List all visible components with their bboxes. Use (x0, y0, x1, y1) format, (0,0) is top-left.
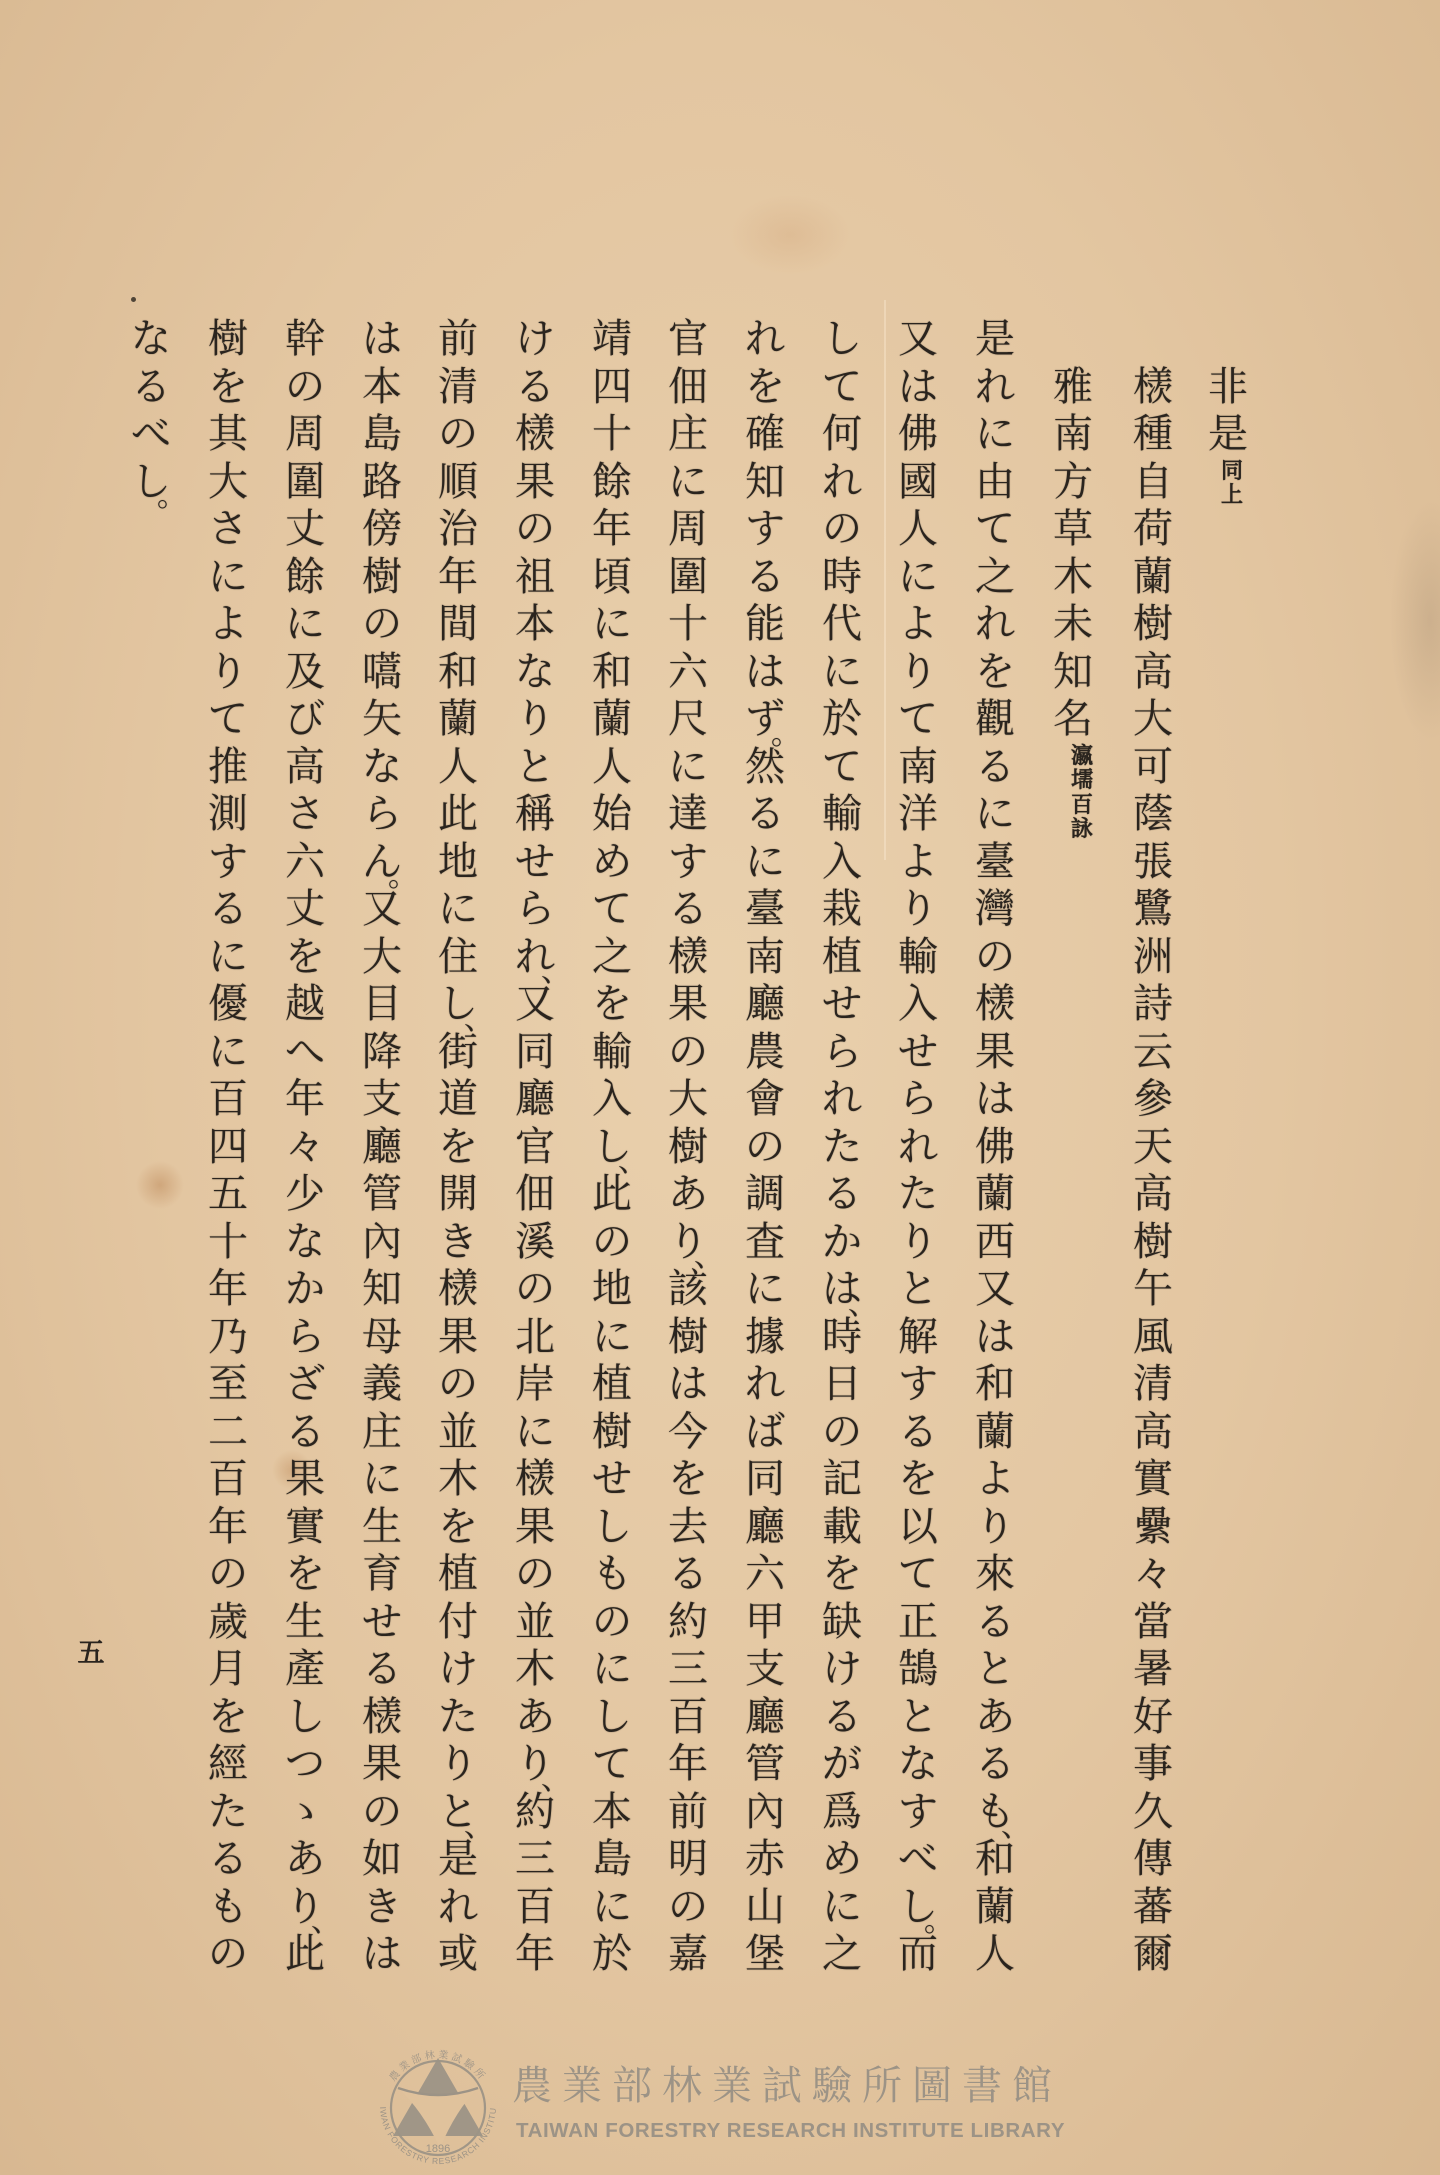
character: 植 (434, 1551, 482, 1599)
punctuation-mark: 、 (464, 1005, 488, 1035)
character: 張 (1129, 839, 1177, 887)
character: 荷 (1129, 506, 1177, 554)
character: る (204, 1836, 252, 1884)
character: 傳 (1129, 1836, 1177, 1884)
character: せ (818, 981, 866, 1029)
character: 蔭 (1129, 791, 1177, 839)
character: 檨 (358, 1694, 406, 1742)
punctuation-mark: 。 (157, 482, 181, 512)
character: 之 (588, 934, 636, 982)
character: 洋 (894, 791, 942, 839)
character: 道 (434, 1076, 482, 1124)
character: 蘭 (971, 1171, 1019, 1219)
character: 天 (1129, 1124, 1177, 1172)
character: 大 (664, 1076, 712, 1124)
character: 北 (511, 1314, 559, 1362)
character: 大 (358, 934, 406, 982)
character: と (894, 1694, 942, 1742)
character: 會 (741, 1076, 789, 1124)
character: 庄 (664, 411, 712, 459)
character: 知 (358, 1266, 406, 1314)
character: 前 (434, 316, 482, 364)
character: 果 (511, 459, 559, 507)
column-text: 非是 (1204, 364, 1252, 459)
punctuation-mark: 、 (694, 1242, 718, 1272)
character: 和 (588, 649, 636, 697)
character: 今 (664, 1409, 712, 1457)
text-column-7: れを確知する能はず。然るに臺南廳農會の調査に據れば同廳六甲支廳管內赤山堡 (741, 316, 789, 1979)
character: 餘 (281, 554, 329, 602)
character: 蘭 (1129, 554, 1177, 602)
character: て (588, 886, 636, 934)
character: て (894, 1551, 942, 1599)
character: 年 (511, 1931, 559, 1979)
character: 載 (818, 1504, 866, 1552)
character: 高 (1129, 649, 1177, 697)
character: と (894, 1266, 942, 1314)
character: 入 (588, 1076, 636, 1124)
character: 木 (1049, 554, 1097, 602)
character: 確 (741, 411, 789, 459)
page-number: 五 (76, 1638, 106, 1670)
character: す (894, 1789, 942, 1837)
character: び (281, 696, 329, 744)
character: 本 (358, 364, 406, 412)
text-column-3: 雅南方草木未知名 瀛壖百詠 (1049, 364, 1097, 842)
text-column-5: 又は佛國人によりて南洋より輸入せられたりと解するを以て正鵠となすべし。而 (894, 316, 942, 1979)
column-text: なるべし。 (127, 316, 175, 506)
character: 由 (971, 459, 1019, 507)
character: 高 (1129, 1409, 1177, 1457)
character: 清 (1129, 1361, 1177, 1409)
character: き (358, 1884, 406, 1932)
character: 名 (1049, 696, 1097, 744)
character: か (818, 1219, 866, 1267)
character: 年 (204, 1504, 252, 1552)
character: を (818, 1551, 866, 1599)
character: 六 (664, 649, 712, 697)
character: を (588, 981, 636, 1029)
character: 人 (588, 744, 636, 792)
character: ら (818, 1029, 866, 1077)
character: る (818, 1694, 866, 1742)
character: 時 (818, 554, 866, 602)
character: 高 (1129, 1171, 1177, 1219)
character: き (434, 1219, 482, 1267)
character: 目 (358, 981, 406, 1029)
character: 農 (741, 1029, 789, 1077)
character: 鵠 (894, 1646, 942, 1694)
character: し (588, 1694, 636, 1742)
character: ゝ (281, 1789, 329, 1837)
character: べ (894, 1836, 942, 1884)
character: り (434, 1741, 482, 1789)
character: に (358, 1456, 406, 1504)
column-text: 又は佛國人によりて南洋より輸入せられたりと解するを以て正鵠となすべし。而 (894, 316, 942, 1979)
character: は (894, 364, 942, 412)
character: に (664, 744, 712, 792)
character: も (588, 1551, 636, 1599)
character: 非 (1204, 364, 1252, 412)
character: し (588, 1504, 636, 1552)
character: 蘭 (588, 696, 636, 744)
character: 清 (434, 364, 482, 412)
character: 島 (588, 1836, 636, 1884)
text-column-12: は本島路傍樹の嚆矢ならん。又大目降支廳管內知母義庄に生育せる檨果の如きは (358, 316, 406, 1979)
column-text: 檨種自荷蘭樹高大可蔭張鷺洲詩云參天高樹午風清高實纍々當暑好事久傳蕃爾 (1129, 364, 1177, 1979)
character: に (204, 554, 252, 602)
column-text: 是れに由て之れを觀るに臺灣の檨果は佛蘭西又は和蘭より來るとあるも、和蘭人 (971, 316, 1019, 1979)
character: 官 (664, 316, 712, 364)
character: 年 (664, 1741, 712, 1789)
character: 圍 (281, 459, 329, 507)
character: な (281, 1219, 329, 1267)
character: 日 (818, 1361, 866, 1409)
annotation-character: 上 (1208, 483, 1256, 508)
punctuation-mark: 、 (541, 957, 565, 987)
character: を (281, 934, 329, 982)
character: 來 (971, 1551, 1019, 1599)
character: 丈 (281, 506, 329, 554)
character: の (741, 1124, 789, 1172)
character: 山 (741, 1884, 789, 1932)
text-column-6: して何れの時代に於て輸入栽植せられたるかは、時日の記載を缺けるが爲めに之 (818, 316, 866, 1979)
character: を (971, 649, 1019, 697)
character: る (127, 364, 175, 412)
character: る (664, 1551, 712, 1599)
character: に (588, 1884, 636, 1932)
character: に (818, 1884, 866, 1932)
character: た (434, 1694, 482, 1742)
text-column-11: 前清の順治年間和蘭人此地に住し、街道を開き檨果の並木を植付けたりと、是れ或 (434, 316, 482, 1979)
character: 頃 (588, 554, 636, 602)
character: 至 (204, 1361, 252, 1409)
character: 周 (281, 411, 329, 459)
character: の (664, 1884, 712, 1932)
character: 詩 (1129, 981, 1177, 1029)
punctuation-mark: 。 (924, 1907, 948, 1937)
character: 丈 (281, 886, 329, 934)
character: 調 (741, 1171, 789, 1219)
character: 樹 (358, 554, 406, 602)
character: を (741, 364, 789, 412)
character: 本 (588, 1789, 636, 1837)
annotation-character: 同 (1208, 459, 1256, 484)
character: 越 (281, 981, 329, 1029)
character: 檨 (1129, 364, 1177, 412)
character: は (741, 649, 789, 697)
character: の (818, 506, 866, 554)
character: り (894, 886, 942, 934)
character: 臺 (971, 839, 1019, 887)
character: 大 (1129, 696, 1177, 744)
character: 事 (1129, 1741, 1177, 1789)
character: 和 (971, 1361, 1019, 1409)
character: し (281, 1694, 329, 1742)
character: 廳 (511, 1076, 559, 1124)
character: 實 (1129, 1456, 1177, 1504)
punctuation-mark: 。 (771, 720, 795, 750)
character: つ (281, 1741, 329, 1789)
character: は (358, 1931, 406, 1979)
punctuation-mark: 、 (1001, 1812, 1025, 1842)
character: を (204, 364, 252, 412)
character: に (588, 1314, 636, 1362)
character: の (511, 1266, 559, 1314)
column-text: 前清の順治年間和蘭人此地に住し、街道を開き檨果の並木を植付けたりと、是れ或 (434, 316, 482, 1979)
character: 和 (434, 649, 482, 697)
character: 輸 (818, 791, 866, 839)
character: 乃 (204, 1314, 252, 1362)
character: 廳 (741, 1504, 789, 1552)
character: 管 (358, 1171, 406, 1219)
character: 樹 (664, 1314, 712, 1362)
character: 檨 (434, 1266, 482, 1314)
character: 南 (894, 744, 942, 792)
character: 果 (971, 1029, 1019, 1077)
character: 經 (204, 1741, 252, 1789)
character: 樹 (588, 1409, 636, 1457)
character: 前 (664, 1789, 712, 1837)
text-column-1: 非是 同上 (1204, 364, 1252, 508)
character: に (204, 1029, 252, 1077)
character: れ (818, 459, 866, 507)
character: 據 (741, 1314, 789, 1362)
character: る (971, 744, 1019, 792)
annotation-character: 壖 (1058, 768, 1106, 793)
character: よ (971, 1456, 1019, 1504)
character: さ (204, 506, 252, 554)
character: 尺 (664, 696, 712, 744)
character: た (818, 1124, 866, 1172)
character: め (588, 839, 636, 887)
character: 溪 (511, 1219, 559, 1267)
character: 年 (204, 1266, 252, 1314)
character: 能 (741, 601, 789, 649)
punctuation-mark: 。 (388, 862, 412, 892)
character: 入 (894, 981, 942, 1029)
ink-dot (131, 297, 136, 302)
character: れ (971, 601, 1019, 649)
character: る (358, 1646, 406, 1694)
character: 降 (358, 1029, 406, 1077)
character: に (971, 791, 1019, 839)
character: 又 (894, 316, 942, 364)
character: 堡 (741, 1931, 789, 1979)
character: よ (894, 601, 942, 649)
character: て (204, 696, 252, 744)
character: を (204, 1694, 252, 1742)
character: れ (434, 1884, 482, 1932)
source-annotation: 瀛壖百詠 (1058, 744, 1097, 842)
character: 鷺 (1129, 886, 1177, 934)
character: 祖 (511, 554, 559, 602)
character: 同 (741, 1456, 789, 1504)
character: 或 (434, 1931, 482, 1979)
character: 地 (588, 1266, 636, 1314)
character: 間 (434, 601, 482, 649)
character: す (894, 1361, 942, 1409)
character: 南 (741, 934, 789, 982)
character: 佃 (664, 364, 712, 412)
punctuation-mark: 、 (848, 1290, 872, 1320)
character: せ (894, 1029, 942, 1077)
character: 生 (358, 1504, 406, 1552)
character: 自 (1129, 459, 1177, 507)
character: 十 (664, 601, 712, 649)
character: は (971, 1314, 1019, 1362)
character: け (511, 316, 559, 364)
character: ば (741, 1409, 789, 1457)
character: 當 (1129, 1599, 1177, 1647)
character: べ (127, 411, 175, 459)
character: 其 (204, 411, 252, 459)
character: 三 (511, 1836, 559, 1884)
character: 木 (434, 1456, 482, 1504)
character: 地 (434, 839, 482, 887)
character: を (664, 1456, 712, 1504)
character: 傍 (358, 506, 406, 554)
character: 果 (358, 1741, 406, 1789)
character: を (894, 1456, 942, 1504)
character: 査 (741, 1219, 789, 1267)
character: る (818, 1171, 866, 1219)
character: 々 (1129, 1551, 1177, 1599)
character: 此 (434, 791, 482, 839)
character: の (281, 364, 329, 412)
character: 是 (1204, 411, 1252, 459)
character: 實 (281, 1504, 329, 1552)
character: は (358, 316, 406, 364)
character: の (664, 1029, 712, 1077)
character: 人 (434, 744, 482, 792)
character: 少 (281, 1171, 329, 1219)
character: よ (204, 601, 252, 649)
character: に (971, 411, 1019, 459)
character: ら (894, 1076, 942, 1124)
character: 風 (1129, 1314, 1177, 1362)
character: 義 (358, 1361, 406, 1409)
character: 年 (434, 554, 482, 602)
character: 嘉 (664, 1931, 712, 1979)
character: あ (971, 1694, 1019, 1742)
text-column-15: なるべし。 (127, 316, 175, 506)
text-column-14: 樹を其大さによりて推測するに優に百四五十年乃至二百年の歲月を經たるもの (204, 316, 252, 1979)
character: り (971, 1504, 1019, 1552)
character: 廳 (741, 981, 789, 1029)
character: 矢 (358, 696, 406, 744)
punctuation-mark: 、 (311, 1907, 335, 1937)
character: け (434, 1646, 482, 1694)
character: 可 (1129, 744, 1177, 792)
character: に (511, 1409, 559, 1457)
character: 方 (1049, 459, 1097, 507)
book-page: 非是 同上 檨種自荷蘭樹高大可蔭張鷺洲詩云參天高樹午風清高實纍々當暑好事久傳蕃爾… (0, 0, 1440, 2175)
column-text: 樹を其大さによりて推測するに優に百四五十年乃至二百年の歲月を經たるもの (204, 316, 252, 1979)
paper-fold-line (884, 300, 886, 860)
character: 佃 (511, 1171, 559, 1219)
annotation-character: 詠 (1058, 817, 1106, 842)
character: と (971, 1646, 1019, 1694)
character: 佛 (894, 411, 942, 459)
character: 測 (204, 791, 252, 839)
character: す (204, 839, 252, 887)
character: 記 (818, 1456, 866, 1504)
library-name-chinese: 農業部林業試驗所圖書館 (512, 2062, 1062, 2110)
character: 順 (434, 459, 482, 507)
character: な (358, 744, 406, 792)
character: 六 (741, 1551, 789, 1599)
character: 靖 (588, 316, 636, 364)
character: を (281, 1551, 329, 1599)
character: 赤 (741, 1836, 789, 1884)
character: 人 (971, 1931, 1019, 1979)
character: 去 (664, 1504, 712, 1552)
character: る (741, 791, 789, 839)
character: る (664, 886, 712, 934)
character: り (511, 696, 559, 744)
character: 灣 (971, 886, 1019, 934)
column-text: は本島路傍樹の嚆矢ならん。又大目降支廳管內知母義庄に生育せる檨果の如きは (358, 316, 406, 1979)
character: 檨 (664, 934, 712, 982)
character: て (588, 1741, 636, 1789)
character: 觀 (971, 696, 1019, 744)
character: 官 (511, 1124, 559, 1172)
seal-year: 1896 (426, 2143, 450, 2155)
character: 餘 (588, 459, 636, 507)
character: 爲 (818, 1789, 866, 1837)
text-column-8: 官佃庄に周圍十六尺に達する檨果の大樹あり、該樹は今を去る約三百年前明の嘉 (664, 316, 712, 1979)
character: 並 (511, 1599, 559, 1647)
character: 十 (588, 411, 636, 459)
character: の (358, 1789, 406, 1837)
character: 輸 (894, 934, 942, 982)
character: 々 (281, 1124, 329, 1172)
character: 開 (434, 1171, 482, 1219)
character: 缺 (818, 1599, 866, 1647)
character: り (894, 649, 942, 697)
character: あ (511, 1694, 559, 1742)
character: 年 (588, 506, 636, 554)
annotation-character: 百 (1058, 793, 1106, 818)
character: せ (588, 1456, 636, 1504)
character: か (281, 1266, 329, 1314)
character: る (281, 1409, 329, 1457)
character: 百 (204, 1076, 252, 1124)
character: 嚆 (358, 649, 406, 697)
character: 南 (1049, 411, 1097, 459)
character: 久 (1129, 1789, 1177, 1837)
character: 產 (281, 1646, 329, 1694)
character: が (818, 1741, 866, 1789)
character: 高 (281, 744, 329, 792)
library-name-english: TAIWAN FORESTRY RESEARCH INSTITUTE LIBRA… (516, 2118, 1065, 2144)
character: に (741, 839, 789, 887)
character: る (971, 1741, 1019, 1789)
punctuation-mark: 、 (541, 1765, 565, 1795)
character: り (894, 1219, 942, 1267)
character: 六 (281, 839, 329, 887)
character: 推 (204, 744, 252, 792)
character: 之 (818, 1931, 866, 1979)
character: 付 (434, 1599, 482, 1647)
character: 蘭 (971, 1884, 1019, 1932)
character: 本 (511, 601, 559, 649)
character: 未 (1049, 601, 1097, 649)
column-text: 官佃庄に周圍十六尺に達する檨果の大樹あり、該樹は今を去る約三百年前明の嘉 (664, 316, 712, 1979)
character: 參 (1129, 1076, 1177, 1124)
character: 內 (358, 1219, 406, 1267)
